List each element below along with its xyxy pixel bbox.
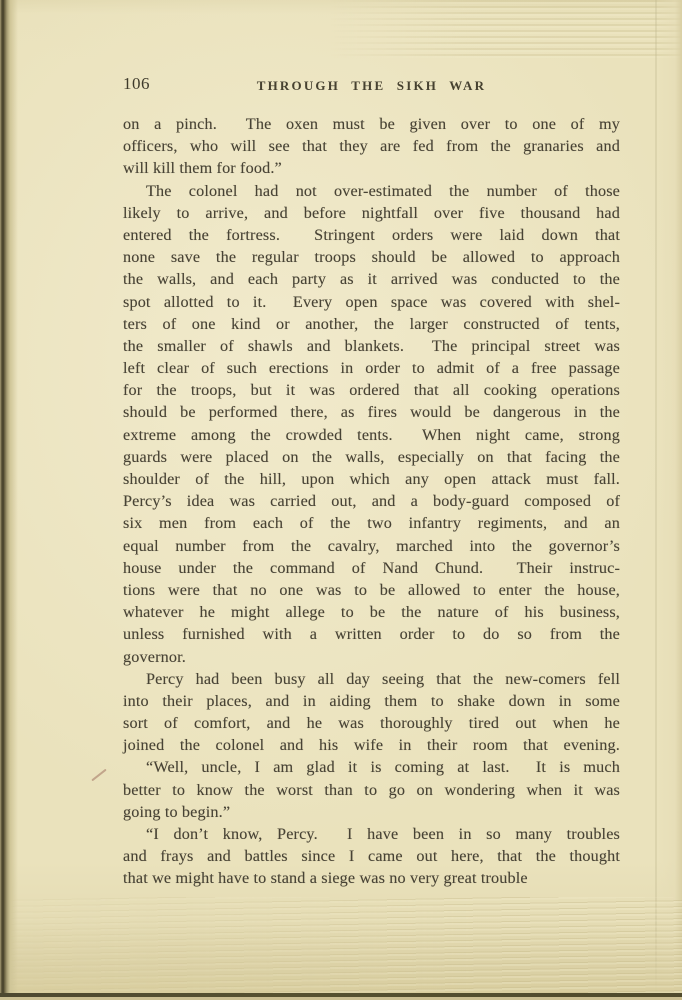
text-line: and frays and battles since I came out h…: [123, 845, 620, 867]
text-line: house under the command of Nand Chund. T…: [123, 557, 620, 579]
text-line: left clear of such erections in order to…: [123, 357, 620, 379]
page-content: 106 THROUGH THE SIKH WAR on a pinch. The…: [123, 74, 620, 890]
running-title: THROUGH THE SIKH WAR: [123, 74, 620, 95]
text-line: the walls, and each party as it arrived …: [123, 268, 620, 290]
text-line: spot allotted to it. Every open space wa…: [123, 291, 620, 313]
text-line: “I don’t know, Percy. I have been in so …: [123, 823, 620, 845]
text-line: The colonel had not over-estimated the n…: [123, 180, 620, 202]
text-line: into their places, and in aiding them to…: [123, 690, 620, 712]
text-line: extreme among the crowded tents. When ni…: [123, 424, 620, 446]
text-line: for the troops, but it was ordered that …: [123, 379, 620, 401]
text-line: whatever he might allege to be the natur…: [123, 601, 620, 623]
right-page-edge: [656, 0, 682, 1000]
text-line: that we might have to stand a siege was …: [123, 867, 620, 889]
book-page-scan: 106 THROUGH THE SIKH WAR on a pinch. The…: [0, 0, 682, 1000]
text-line: ters of one kind or another, the larger …: [123, 313, 620, 335]
text-line: tions were that no one was to be allowed…: [123, 579, 620, 601]
top-page-edges: [330, 0, 682, 58]
text-line: officers, who will see that they are fed…: [123, 135, 620, 157]
text-line: on a pinch. The oxen must be given over …: [123, 113, 620, 135]
text-line: Percy’s idea was carried out, and a body…: [123, 490, 620, 512]
text-line: shoulder of the hill, upon which any ope…: [123, 468, 620, 490]
text-line: likely to arrive, and before nightfall o…: [123, 202, 620, 224]
page-header: 106 THROUGH THE SIKH WAR: [123, 74, 620, 93]
text-line: governor.: [123, 646, 620, 668]
text-line: should be performed there, as fires woul…: [123, 401, 620, 423]
text-line: unless furnished with a written order to…: [123, 623, 620, 645]
bottom-page-edge-striations: [0, 897, 682, 993]
text-line: “Well, uncle, I am glad it is coming at …: [123, 756, 620, 778]
text-line: none save the regular troops should be a…: [123, 246, 620, 268]
text-line: will kill them for food.”: [123, 157, 620, 179]
text-line: joined the colonel and his wife in their…: [123, 734, 620, 756]
text-line: sort of comfort, and he was thoroughly t…: [123, 712, 620, 734]
text-line: the smaller of shawls and blankets. The …: [123, 335, 620, 357]
body-text: on a pinch. The oxen must be given over …: [123, 113, 620, 890]
text-line: six men from each of the two infantry re…: [123, 512, 620, 534]
pencil-mark: [91, 769, 106, 782]
text-line: going to begin.”: [123, 801, 620, 823]
binding-edge: [0, 0, 18, 1000]
text-line: better to know the worst than to go on w…: [123, 779, 620, 801]
text-line: Percy had been busy all day seeing that …: [123, 668, 620, 690]
text-line: equal number from the cavalry, marched i…: [123, 535, 620, 557]
text-line: entered the fortress. Stringent orders w…: [123, 224, 620, 246]
text-line: guards were placed on the walls, especia…: [123, 446, 620, 468]
page-number: 106: [123, 74, 150, 93]
right-crease: [655, 0, 657, 1000]
